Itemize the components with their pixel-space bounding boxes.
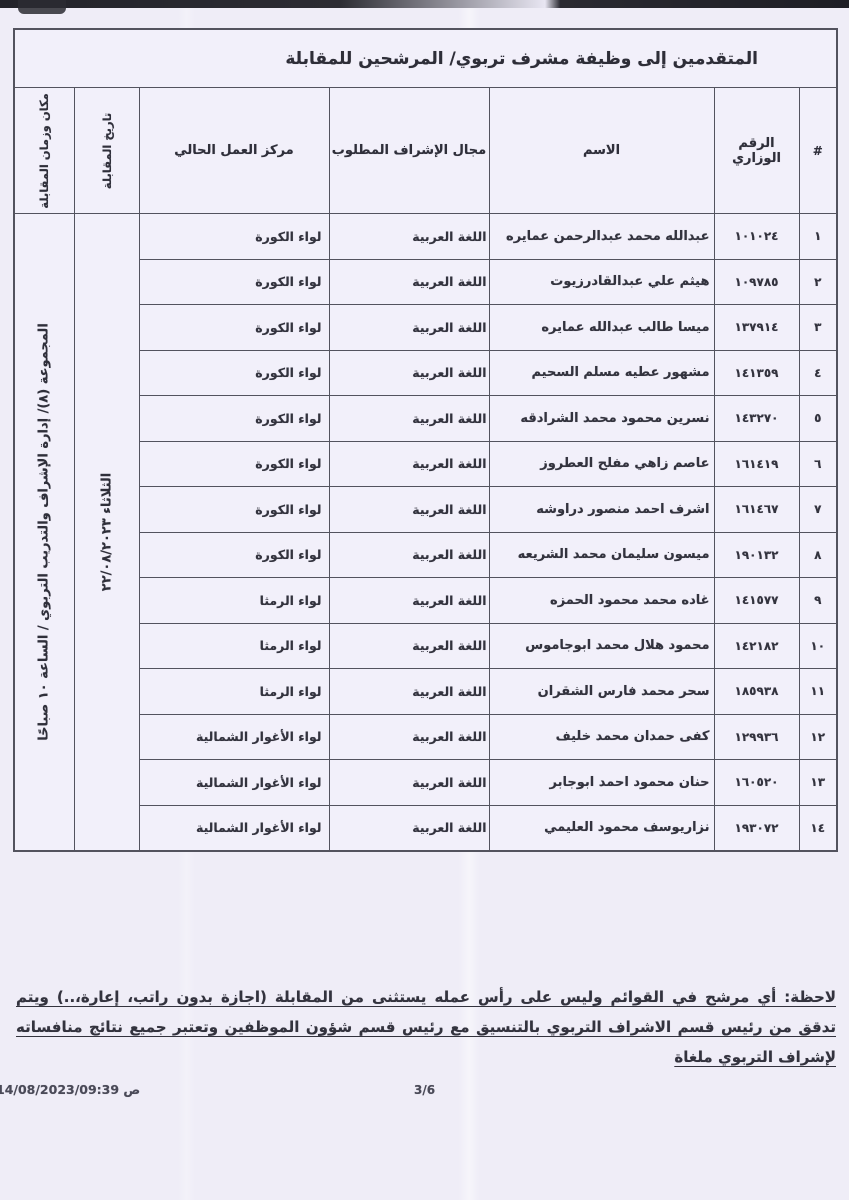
- column-header-place: مكان وزمان المقابلة: [14, 88, 74, 214]
- cell-field: اللغة العربية: [329, 259, 489, 305]
- cell-row-number: ٥: [799, 396, 837, 442]
- cell-field: اللغة العربية: [329, 805, 489, 851]
- cell-row-number: ١٠: [799, 623, 837, 669]
- cell-row-number: ٦: [799, 441, 837, 487]
- cell-ministry-no: ١٨٥٩٣٨: [714, 669, 799, 715]
- cell-field: اللغة العربية: [329, 305, 489, 351]
- cell-name: عاصم زاهي مفلح العطروز: [489, 441, 714, 487]
- footnote: لاحظة: أي مرشح في القوائم وليس على رأس ع…: [16, 982, 836, 1072]
- column-header-place-label: مكان وزمان المقابلة: [37, 93, 51, 209]
- scan-top-edge-artifact: [0, 0, 849, 8]
- table-body: المتقدمين إلى وظيفة مشرف تربوي/ المرشحين…: [14, 29, 837, 851]
- table-title-row: المتقدمين إلى وظيفة مشرف تربوي/ المرشحين…: [14, 29, 837, 88]
- cell-ministry-no: ١٢٩٩٣٦: [714, 714, 799, 760]
- cell-field: اللغة العربية: [329, 441, 489, 487]
- cell-field: اللغة العربية: [329, 623, 489, 669]
- footnote-line-3: لإشراف التربوي ملغاة: [16, 1042, 836, 1072]
- cell-work-center: لواء الكورة: [139, 487, 329, 533]
- column-header-center: مركز العمل الحالي: [139, 88, 329, 214]
- cell-row-number: ٢: [799, 259, 837, 305]
- column-header-num: #: [799, 88, 837, 214]
- cell-name: اشرف احمد منصور دراوشه: [489, 487, 714, 533]
- cell-field: اللغة العربية: [329, 487, 489, 533]
- cell-row-number: ٣: [799, 305, 837, 351]
- interview-date-text: الثلاثاء ٢٢/٠٨/٢٠٢٣: [99, 473, 114, 591]
- cell-field: اللغة العربية: [329, 396, 489, 442]
- cell-ministry-no: ١٠١٠٢٤: [714, 214, 799, 260]
- cell-row-number: ٧: [799, 487, 837, 533]
- cell-work-center: لواء الأغوار الشمالية: [139, 760, 329, 806]
- interview-place-time-text: المجموعة (٨)/ إدارة الإشراف والتدريب الت…: [37, 323, 52, 741]
- cell-work-center: لواء الكورة: [139, 214, 329, 260]
- page-title: المتقدمين إلى وظيفة مشرف تربوي/ المرشحين…: [285, 49, 758, 69]
- cell-name: محمود هلال محمد ابوجاموس: [489, 623, 714, 669]
- cell-ministry-no: ١٤٢١٨٢: [714, 623, 799, 669]
- table-row: ١ ١٠١٠٢٤ عبدالله محمد عبدالرحمن عمايره ا…: [14, 214, 837, 260]
- cell-row-number: ١٢: [799, 714, 837, 760]
- cell-ministry-no: ١٤٣٢٧٠: [714, 396, 799, 442]
- column-header-field: مجال الإشراف المطلوب: [329, 88, 489, 214]
- cell-ministry-no: ١٣٧٩١٤: [714, 305, 799, 351]
- cell-ministry-no: ١٩٣٠٧٢: [714, 805, 799, 851]
- cell-name: غاده محمد محمود الحمزه: [489, 578, 714, 624]
- cell-field: اللغة العربية: [329, 214, 489, 260]
- cell-field: اللغة العربية: [329, 532, 489, 578]
- cell-row-number: ١٣: [799, 760, 837, 806]
- cell-field: اللغة العربية: [329, 350, 489, 396]
- cell-name: سحر محمد فارس الشقران: [489, 669, 714, 715]
- column-header-date-label: تاريخ المقابلة: [100, 112, 114, 188]
- cell-field: اللغة العربية: [329, 714, 489, 760]
- cell-name: مشهور عطيه مسلم السحيم: [489, 350, 714, 396]
- cell-ministry-no: ١٦١٤١٩: [714, 441, 799, 487]
- cell-interview-date: الثلاثاء ٢٢/٠٨/٢٠٢٣: [74, 214, 139, 851]
- table-title-cell: المتقدمين إلى وظيفة مشرف تربوي/ المرشحين…: [14, 29, 837, 88]
- cell-row-number: ١٤: [799, 805, 837, 851]
- cell-work-center: لواء الرمثا: [139, 578, 329, 624]
- footnote-line-1: لاحظة: أي مرشح في القوائم وليس على رأس ع…: [16, 982, 836, 1012]
- cell-work-center: لواء الكورة: [139, 396, 329, 442]
- table-header-row: # الرقم الوزاري الاسم مجال الإشراف المطل…: [14, 88, 837, 214]
- footer-datetime: 14/08/2023/09:39 ص: [0, 1082, 140, 1097]
- cell-name: هيثم علي عبدالقادرزيوت: [489, 259, 714, 305]
- cell-work-center: لواء الكورة: [139, 441, 329, 487]
- cell-row-number: ٨: [799, 532, 837, 578]
- cell-work-center: لواء الكورة: [139, 350, 329, 396]
- cell-name: ميسون سليمان محمد الشريعه: [489, 532, 714, 578]
- cell-work-center: لواء الكورة: [139, 305, 329, 351]
- cell-name: ميسا طالب عبدالله عمايره: [489, 305, 714, 351]
- cell-ministry-no: ١٤١٥٧٧: [714, 578, 799, 624]
- candidates-table: المتقدمين إلى وظيفة مشرف تربوي/ المرشحين…: [13, 28, 838, 852]
- cell-ministry-no: ١٦١٤٦٧: [714, 487, 799, 533]
- cell-ministry-no: ١٦٠٥٢٠: [714, 760, 799, 806]
- cell-name: كفى حمدان محمد خليف: [489, 714, 714, 760]
- cell-field: اللغة العربية: [329, 669, 489, 715]
- footer-page-number: 3/6: [414, 1083, 435, 1097]
- scanned-document-page: { "table": { "title": "المتقدمين إلى وظي…: [0, 0, 849, 1200]
- cell-row-number: ٤: [799, 350, 837, 396]
- column-header-name: الاسم: [489, 88, 714, 214]
- cell-ministry-no: ١٠٩٧٨٥: [714, 259, 799, 305]
- cell-row-number: ١: [799, 214, 837, 260]
- cell-name: عبدالله محمد عبدالرحمن عمايره: [489, 214, 714, 260]
- cell-row-number: ٩: [799, 578, 837, 624]
- cell-field: اللغة العربية: [329, 578, 489, 624]
- cell-name: نسرين محمود محمد الشرادقه: [489, 396, 714, 442]
- column-header-ministry-no: الرقم الوزاري: [714, 88, 799, 214]
- cell-work-center: لواء الأغوار الشمالية: [139, 805, 329, 851]
- cell-ministry-no: ١٤١٣٥٩: [714, 350, 799, 396]
- cell-ministry-no: ١٩٠١٣٢: [714, 532, 799, 578]
- cell-name: حنان محمود احمد ابوجابر: [489, 760, 714, 806]
- cell-work-center: لواء الكورة: [139, 532, 329, 578]
- footnote-line-2: تدقق من رئيس قسم الاشراف التربوي بالتنسي…: [16, 1012, 836, 1042]
- cell-work-center: لواء الأغوار الشمالية: [139, 714, 329, 760]
- cell-work-center: لواء الرمثا: [139, 623, 329, 669]
- cell-work-center: لواء الرمثا: [139, 669, 329, 715]
- cell-row-number: ١١: [799, 669, 837, 715]
- scan-corner-artifact: [18, 0, 66, 14]
- column-header-date: تاريخ المقابلة: [74, 88, 139, 214]
- cell-interview-place-time: المجموعة (٨)/ إدارة الإشراف والتدريب الت…: [14, 214, 74, 851]
- cell-name: نزاريوسف محمود العليمي: [489, 805, 714, 851]
- cell-work-center: لواء الكورة: [139, 259, 329, 305]
- cell-field: اللغة العربية: [329, 760, 489, 806]
